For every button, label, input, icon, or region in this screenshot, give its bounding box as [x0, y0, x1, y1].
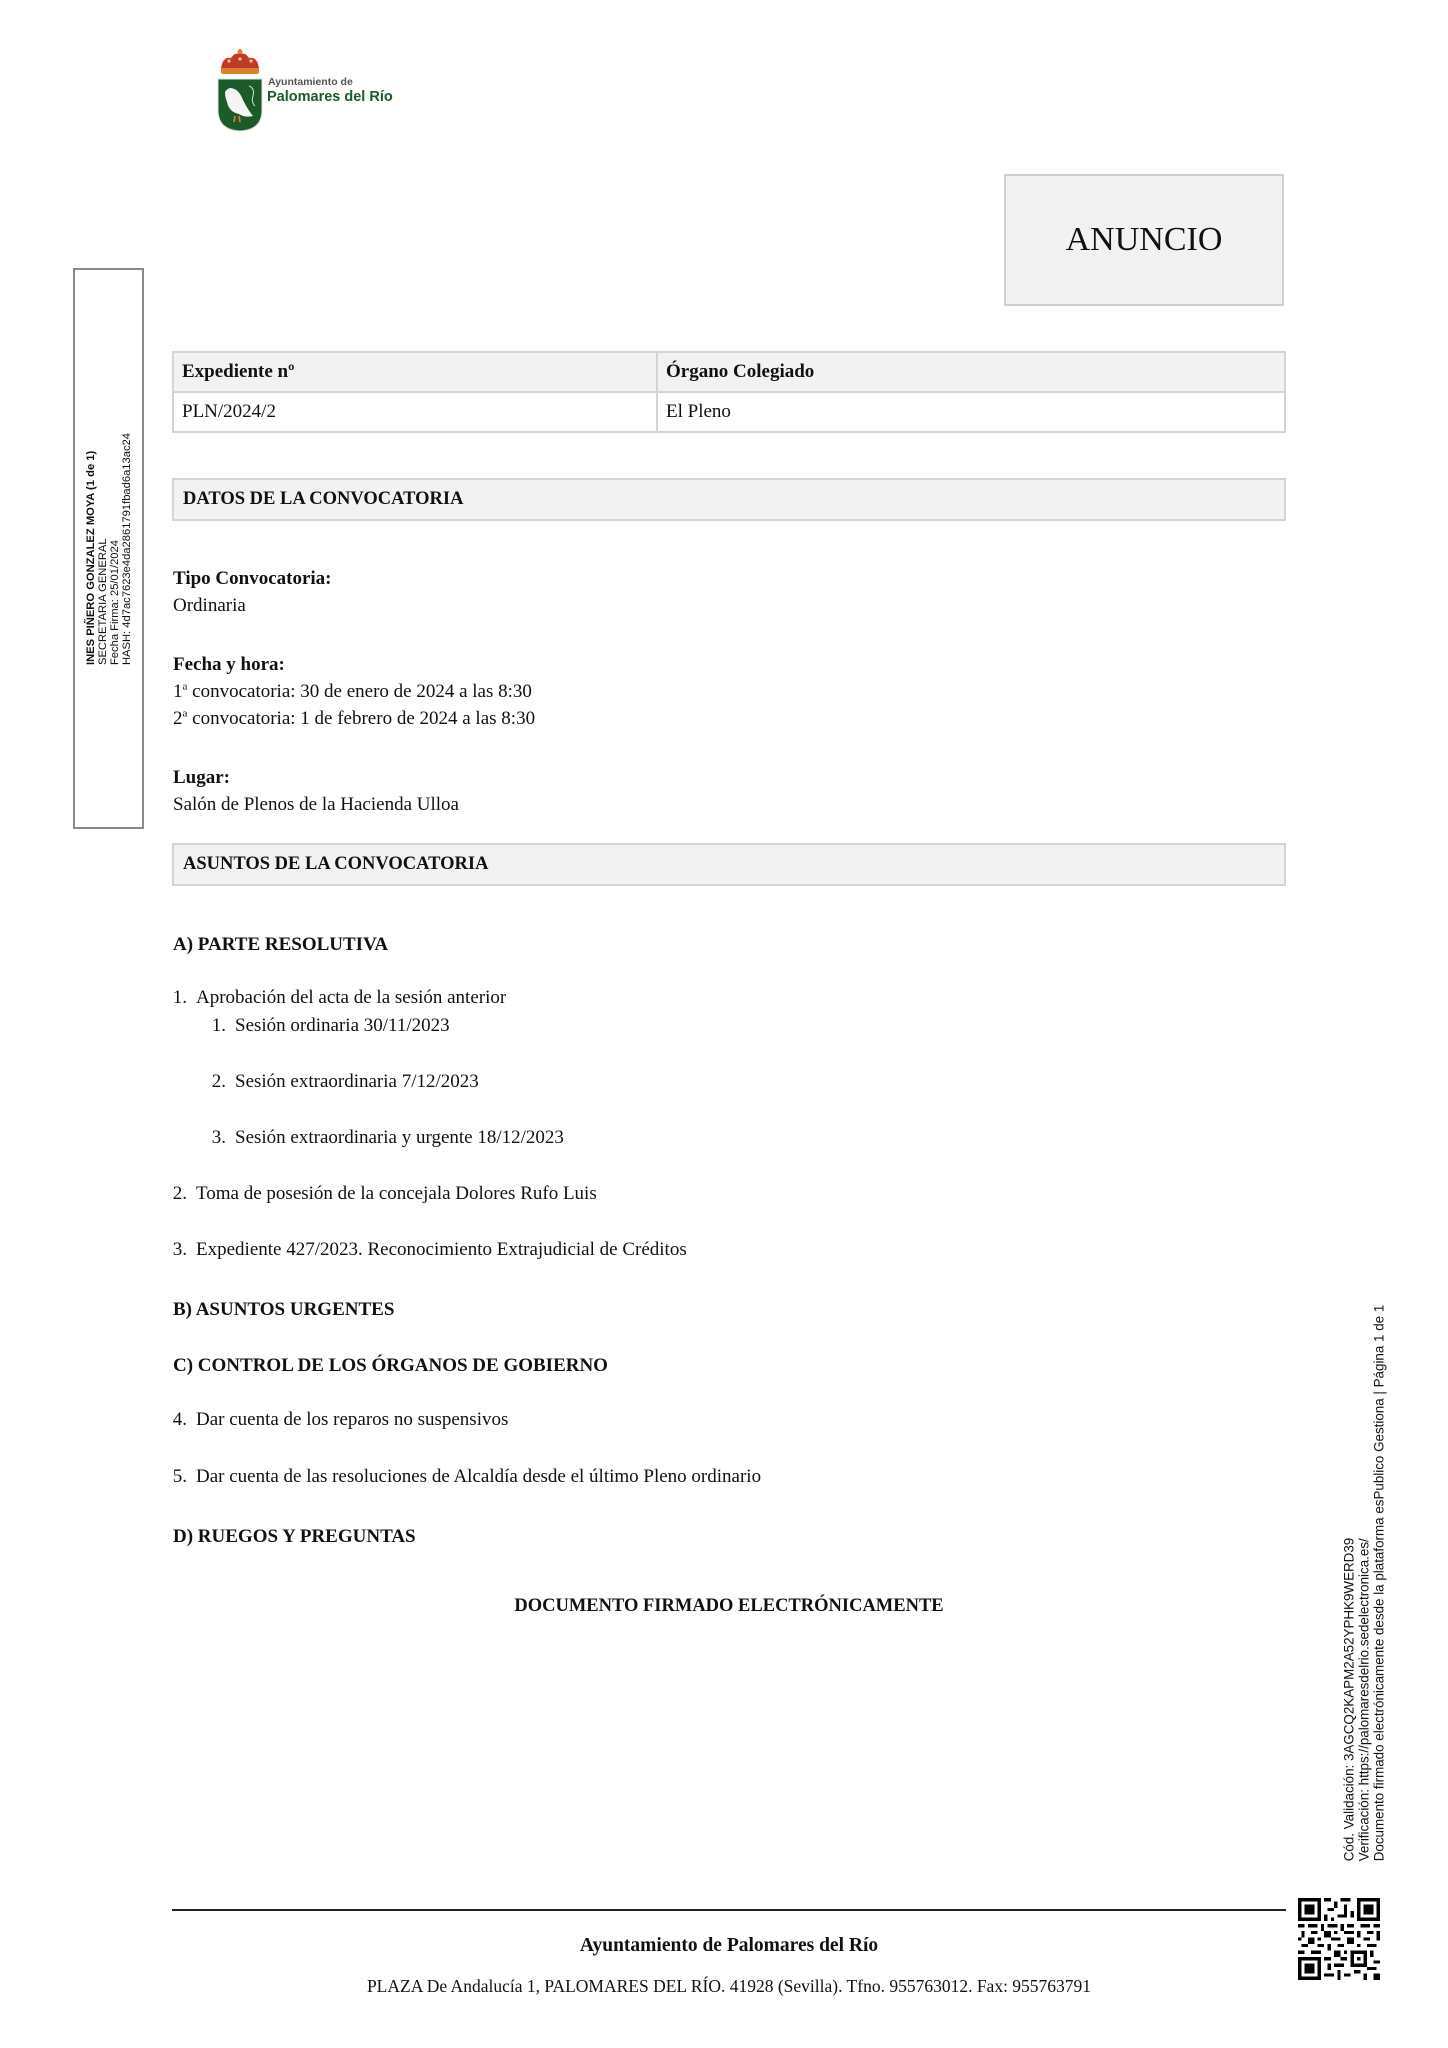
item-text: Aprobación del acta de la sesión anterio…: [196, 987, 506, 1008]
table-row: PLN/2024/2 El Pleno: [173, 392, 1285, 432]
list-item: 2.Toma de posesión de la concejala Dolor…: [161, 1183, 597, 1205]
part-c-title: C) CONTROL DE LOS ÓRGANOS DE GOBIERNO: [173, 1352, 608, 1379]
item-text: Sesión extraordinaria y urgente 18/12/20…: [235, 1127, 564, 1148]
signature-hash: HASH: 4d7ac7623e4da2861791fbad6a13ac24: [121, 432, 133, 664]
part-a-title: A) PARTE RESOLUTIVA: [173, 931, 388, 958]
convocatoria-1: 1a convocatoria: 30 de enero de 2024 a l…: [173, 678, 532, 705]
document-type-box: ANUNCIO: [1004, 174, 1284, 306]
shield-icon: [217, 78, 263, 132]
signed-notice: DOCUMENTO FIRMADO ELECTRÓNICAMENTE: [172, 1596, 1286, 1617]
list-subitem: 1.Sesión ordinaria 30/11/2023: [200, 1015, 450, 1037]
ordinal: 2: [173, 708, 183, 729]
signature-stamp: INES PIÑERO GONZALEZ MOYA (1 de 1) SECRE…: [73, 268, 144, 829]
item-number: 5.: [161, 1466, 187, 1488]
item-number: 2.: [161, 1183, 187, 1205]
item-number: 3.: [200, 1127, 226, 1149]
footer-address: PLAZA De Andalucía 1, PALOMARES DEL RÍO.…: [172, 1976, 1286, 1997]
part-b-title: B) ASUNTOS URGENTES: [173, 1296, 394, 1323]
organo-value: El Pleno: [657, 392, 1285, 432]
item-text: Sesión ordinaria 30/11/2023: [235, 1015, 450, 1036]
section-title: ASUNTOS DE LA CONVOCATORIA: [183, 854, 488, 875]
item-number: 4.: [161, 1409, 187, 1431]
validation-code: Cód. Validación: 3AGCQ2KAPM2A52YPHK9WERD…: [1342, 1305, 1357, 1862]
list-subitem: 2.Sesión extraordinaria 7/12/2023: [200, 1071, 479, 1093]
section-datos-header: DATOS DE LA CONVOCATORIA: [172, 478, 1286, 521]
signature-date: Fecha Firma: 25/01/2024: [109, 432, 121, 664]
item-number: 3.: [161, 1239, 187, 1261]
lugar-label: Lugar:: [173, 764, 230, 791]
lugar-value: Salón de Plenos de la Hacienda Ulloa: [173, 791, 459, 818]
convocatoria-2: 2a convocatoria: 1 de febrero de 2024 a …: [173, 705, 535, 732]
footer-name: Ayuntamiento de Palomares del Río: [172, 1935, 1286, 1957]
convocatoria-text: convocatoria: 30 de enero de 2024 a las …: [187, 681, 532, 702]
list-item: 1.Aprobación del acta de la sesión anter…: [161, 987, 506, 1009]
item-text: Dar cuenta de los reparos no suspensivos: [196, 1409, 508, 1430]
part-d-title: D) RUEGOS Y PREGUNTAS: [173, 1523, 416, 1550]
logo-title: Palomares del Río: [267, 89, 393, 105]
logo-subtitle: Ayuntamiento de: [268, 76, 353, 88]
item-number: 1.: [200, 1015, 226, 1037]
tipo-label: Tipo Convocatoria:: [173, 565, 332, 592]
section-asuntos-header: ASUNTOS DE LA CONVOCATORIA: [172, 843, 1286, 886]
item-text: Expediente 427/2023. Reconocimiento Extr…: [196, 1239, 687, 1260]
validation-block: Cód. Validación: 3AGCQ2KAPM2A52YPHK9WERD…: [1336, 1278, 1392, 1888]
list-item: 4.Dar cuenta de los reparos no suspensiv…: [161, 1409, 508, 1431]
list-item: 3.Expediente 427/2023. Reconocimiento Ex…: [161, 1239, 687, 1261]
crown-icon: [217, 48, 263, 76]
qr-code-icon: [1298, 1898, 1380, 1980]
footer-divider: [172, 1909, 1286, 1911]
section-title: DATOS DE LA CONVOCATORIA: [183, 489, 463, 510]
item-text: Dar cuenta de las resoluciones de Alcald…: [196, 1466, 761, 1487]
table-header-row: Expediente nº Órgano Colegiado: [173, 352, 1285, 392]
document-type-title: ANUNCIO: [1066, 221, 1223, 259]
item-number: 1.: [161, 987, 187, 1009]
convocatoria-text: convocatoria: 1 de febrero de 2024 a las…: [187, 708, 535, 729]
verification-url[interactable]: Verificación: https://palomaresdelrio.se…: [1357, 1305, 1372, 1862]
signer-role: SECRETARIA GENERAL: [97, 432, 109, 664]
expediente-table: Expediente nº Órgano Colegiado PLN/2024/…: [172, 351, 1286, 433]
signer-name: INES PIÑERO GONZALEZ MOYA (1 de 1): [85, 432, 97, 664]
list-item: 5.Dar cuenta de las resoluciones de Alca…: [161, 1466, 761, 1488]
tipo-value: Ordinaria: [173, 592, 246, 619]
list-subitem: 3.Sesión extraordinaria y urgente 18/12/…: [200, 1127, 564, 1149]
municipality-logo: Ayuntamiento de Palomares del Río: [214, 46, 414, 136]
platform-notice: Documento firmado electrónicamente desde…: [1372, 1305, 1387, 1862]
ordinal: 1: [173, 681, 183, 702]
item-text: Sesión extraordinaria 7/12/2023: [235, 1071, 479, 1092]
expediente-value: PLN/2024/2: [173, 392, 657, 432]
item-text: Toma de posesión de la concejala Dolores…: [196, 1183, 597, 1204]
fecha-label: Fecha y hora:: [173, 651, 285, 678]
header-organo: Órgano Colegiado: [657, 352, 1285, 392]
header-expediente: Expediente nº: [173, 352, 657, 392]
item-number: 2.: [200, 1071, 226, 1093]
